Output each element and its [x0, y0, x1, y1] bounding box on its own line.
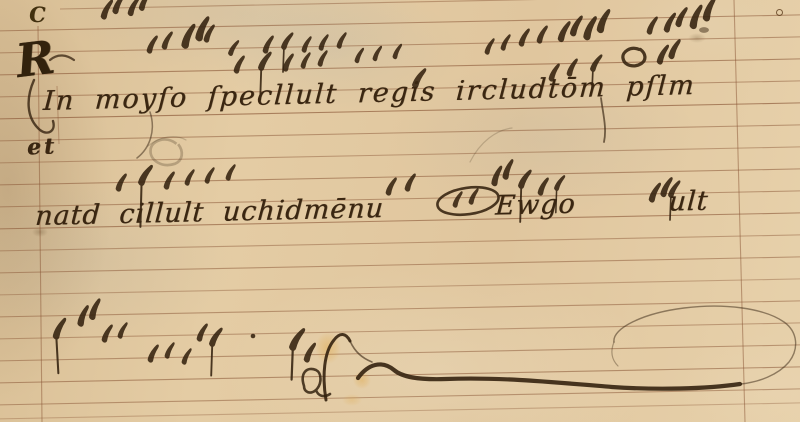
responsory-initial: R [13, 34, 57, 84]
clef-letter: C [27, 2, 47, 27]
et-abbreviation-mark: et [27, 133, 58, 160]
prick-mark [776, 9, 783, 16]
manuscript-page: In moyſo ſpecllult regis ircludtōm pſlm … [0, 0, 800, 422]
